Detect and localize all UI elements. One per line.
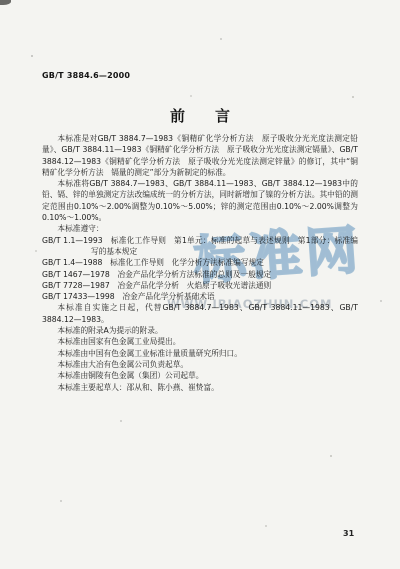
body-paragraph: 本标准主要起草人：邵从和、陈小燕、崔贽富。 bbox=[42, 382, 358, 393]
references-intro: 本标准遵守： bbox=[42, 223, 358, 234]
body-paragraph: 本标准由中国有色金属工业标准计量质量研究所归口。 bbox=[42, 348, 358, 359]
body-paragraph: 本标准将GB/T 3884.7—1983、GB/T 3884.11—1983、G… bbox=[42, 178, 358, 223]
body-paragraph: 本标准由铜陵有色金属（集团）公司起草。 bbox=[42, 370, 358, 381]
reference-item: GB/T 1.4—1988 标准化工作导则 化学分析方法标准编写规定 bbox=[42, 257, 358, 268]
standard-code: GB/T 3884.6—2000 bbox=[42, 71, 130, 80]
reference-item: GB/T 7728—1987 冶金产品化学分析 火焰原子吸收光谱法通则 bbox=[42, 280, 358, 291]
reference-item: GB/T 1.1—1993 标准化工作导则 第1单元：标准的起草与表述规则 第1… bbox=[42, 235, 358, 258]
document-page: GB/T 3884.6—2000 前 言 本标准是对GB/T 3884.7—19… bbox=[0, 0, 400, 569]
body-paragraph: 本标准由国家有色金属工业局提出。 bbox=[42, 336, 358, 347]
foreword-body: 本标准是对GB/T 3884.7—1983《铜精矿化学分析方法 原子吸收分光光度… bbox=[42, 133, 358, 393]
page-number: 31 bbox=[343, 529, 354, 538]
page-title: 前 言 bbox=[0, 105, 400, 126]
reference-item: GB/T 17433—1998 冶金产品化学分析基础术语 bbox=[42, 291, 358, 302]
body-paragraph: 本标准由大冶有色金属公司负责起草。 bbox=[42, 359, 358, 370]
body-paragraph: 本标准自实施之日起，代替GB/T 3884.7—1983、GB/T 3884.1… bbox=[42, 302, 358, 325]
body-paragraph: 本标准的附录A为提示的附录。 bbox=[42, 325, 358, 336]
body-paragraph: 本标准是对GB/T 3884.7—1983《铜精矿化学分析方法 原子吸收分光光度… bbox=[42, 133, 358, 178]
reference-item: GB/T 1467—1978 冶金产品化学分析方法标准的总则及一般规定 bbox=[42, 269, 358, 280]
scan-noise bbox=[0, 0, 2, 2]
